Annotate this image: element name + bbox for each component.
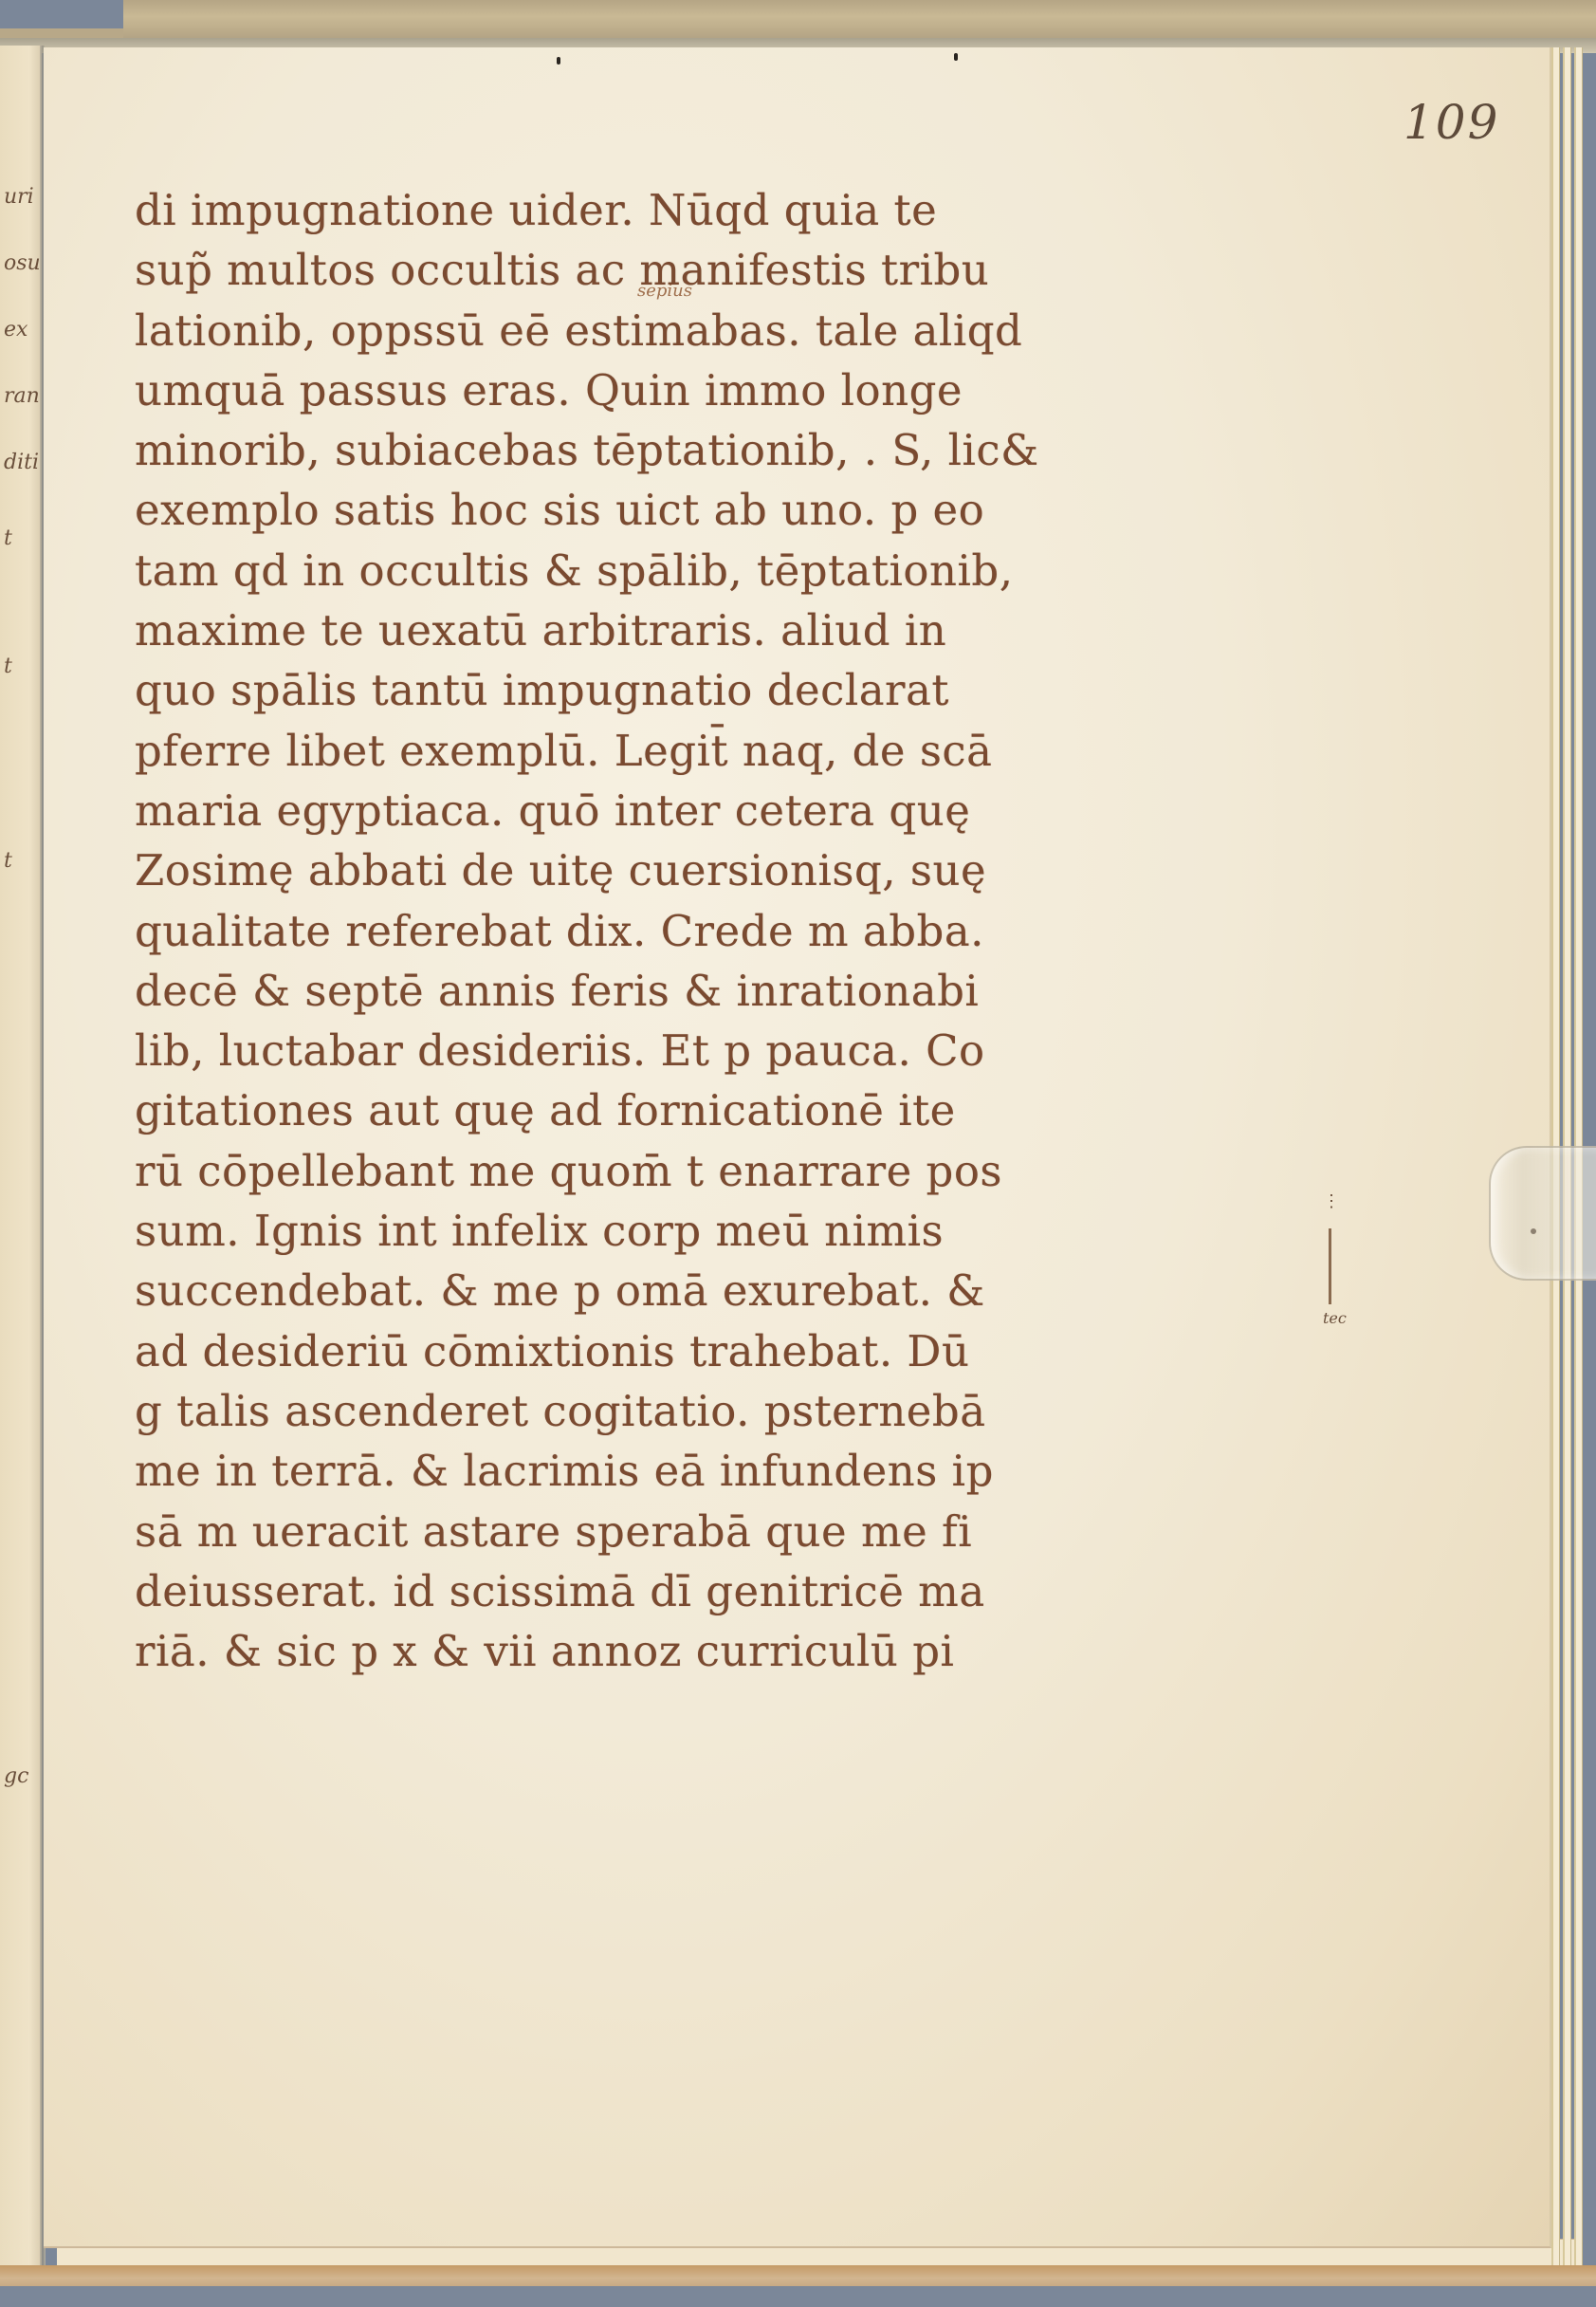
text-line: lib, luctabar desideriis. Et p pauca. Co	[135, 1021, 1273, 1080]
text-line: maxime te uexatū arbitraris. aliud in	[135, 600, 1273, 660]
folio-number: 109	[1403, 95, 1499, 150]
text-line: exemplo satis hoc sis uict ab uno. p eo	[135, 480, 1273, 540]
facing-fragment: ran	[4, 384, 40, 408]
manuscript-text-block: di impugnatione uider. Nūqd quia te sup̃…	[135, 180, 1273, 1681]
text-line: sum. Ignis int infelix corp meū nimis	[135, 1201, 1273, 1261]
text-line: ad desideriū cōmixtionis trahebat. Dū	[135, 1321, 1273, 1381]
facing-fragment: t	[4, 655, 12, 678]
tab-pin-icon	[1531, 1228, 1536, 1234]
text-line: gitationes aut quę ad fornicationē ite	[135, 1080, 1273, 1140]
text-line: maria egyptiaca. quō inter cetera quę	[135, 781, 1273, 840]
margin-vertical-stroke	[1329, 1228, 1331, 1304]
text-line: riā. & sic p x & vii annoz curriculū pi	[135, 1621, 1273, 1681]
text-line: me in terrā. & lacrimis eā infundens ip	[135, 1441, 1273, 1501]
right-margin-annotation: ⋮ tec	[1323, 1186, 1380, 1319]
facing-fragment: diti	[4, 451, 39, 474]
text-line: umquā passus eras. Quin immo longe	[135, 360, 1273, 420]
text-line: g talis ascenderet cogitatio. psternebā	[135, 1381, 1273, 1441]
margin-note-text: tec	[1323, 1309, 1347, 1327]
text-line: sup̃ multos occultis ac manifestis tribu	[135, 240, 1273, 300]
facing-page-margin-text: uri osu ex ran diti t t t gc	[0, 0, 42, 2277]
facing-fragment: gc	[4, 1764, 28, 1788]
text-line: sā m ueracit astare sperabā que me fi	[135, 1502, 1273, 1561]
facing-fragment: ex	[4, 318, 28, 341]
text-line: rū cōpellebant me quom̄ t enarrare pos	[135, 1141, 1273, 1201]
text-line: tam qd in occultis & spālib, tēptationib…	[135, 541, 1273, 600]
text-line: deiusserat. id scissimā dī genitricē ma	[135, 1561, 1273, 1621]
facing-fragment: t	[4, 849, 12, 873]
text-line: succendebat. & me p omā exurebat. &	[135, 1261, 1273, 1320]
background-surface	[0, 2286, 1596, 2307]
text-line: lationib, oppssū eē estimabas. tale aliq…	[135, 301, 1273, 360]
facing-fragment: osu	[4, 251, 41, 275]
ink-speck	[954, 53, 958, 61]
text-line: quo spālis tantū impugnatio declarat	[135, 660, 1273, 720]
facing-fragment: t	[4, 526, 12, 550]
text-line: di impugnatione uider. Nūqd quia te	[135, 180, 1273, 240]
margin-dots-mark: ⋮	[1323, 1195, 1340, 1209]
facing-fragment: uri	[4, 185, 34, 209]
text-line: minorib, subiacebas tēptationib, . S, li…	[135, 420, 1273, 480]
text-line: pferre libet exemplū. Legit̄ naq, de scā	[135, 721, 1273, 781]
ink-speck	[557, 57, 560, 65]
plastic-page-tab[interactable]	[1489, 1146, 1596, 1281]
text-line: Zosimę abbati de uitę cuersionisq, suę	[135, 840, 1273, 900]
text-line: qualitate referebat dix. Crede m abba.	[135, 901, 1273, 961]
text-line: decē & septē annis feris & inrationabi	[135, 961, 1273, 1021]
